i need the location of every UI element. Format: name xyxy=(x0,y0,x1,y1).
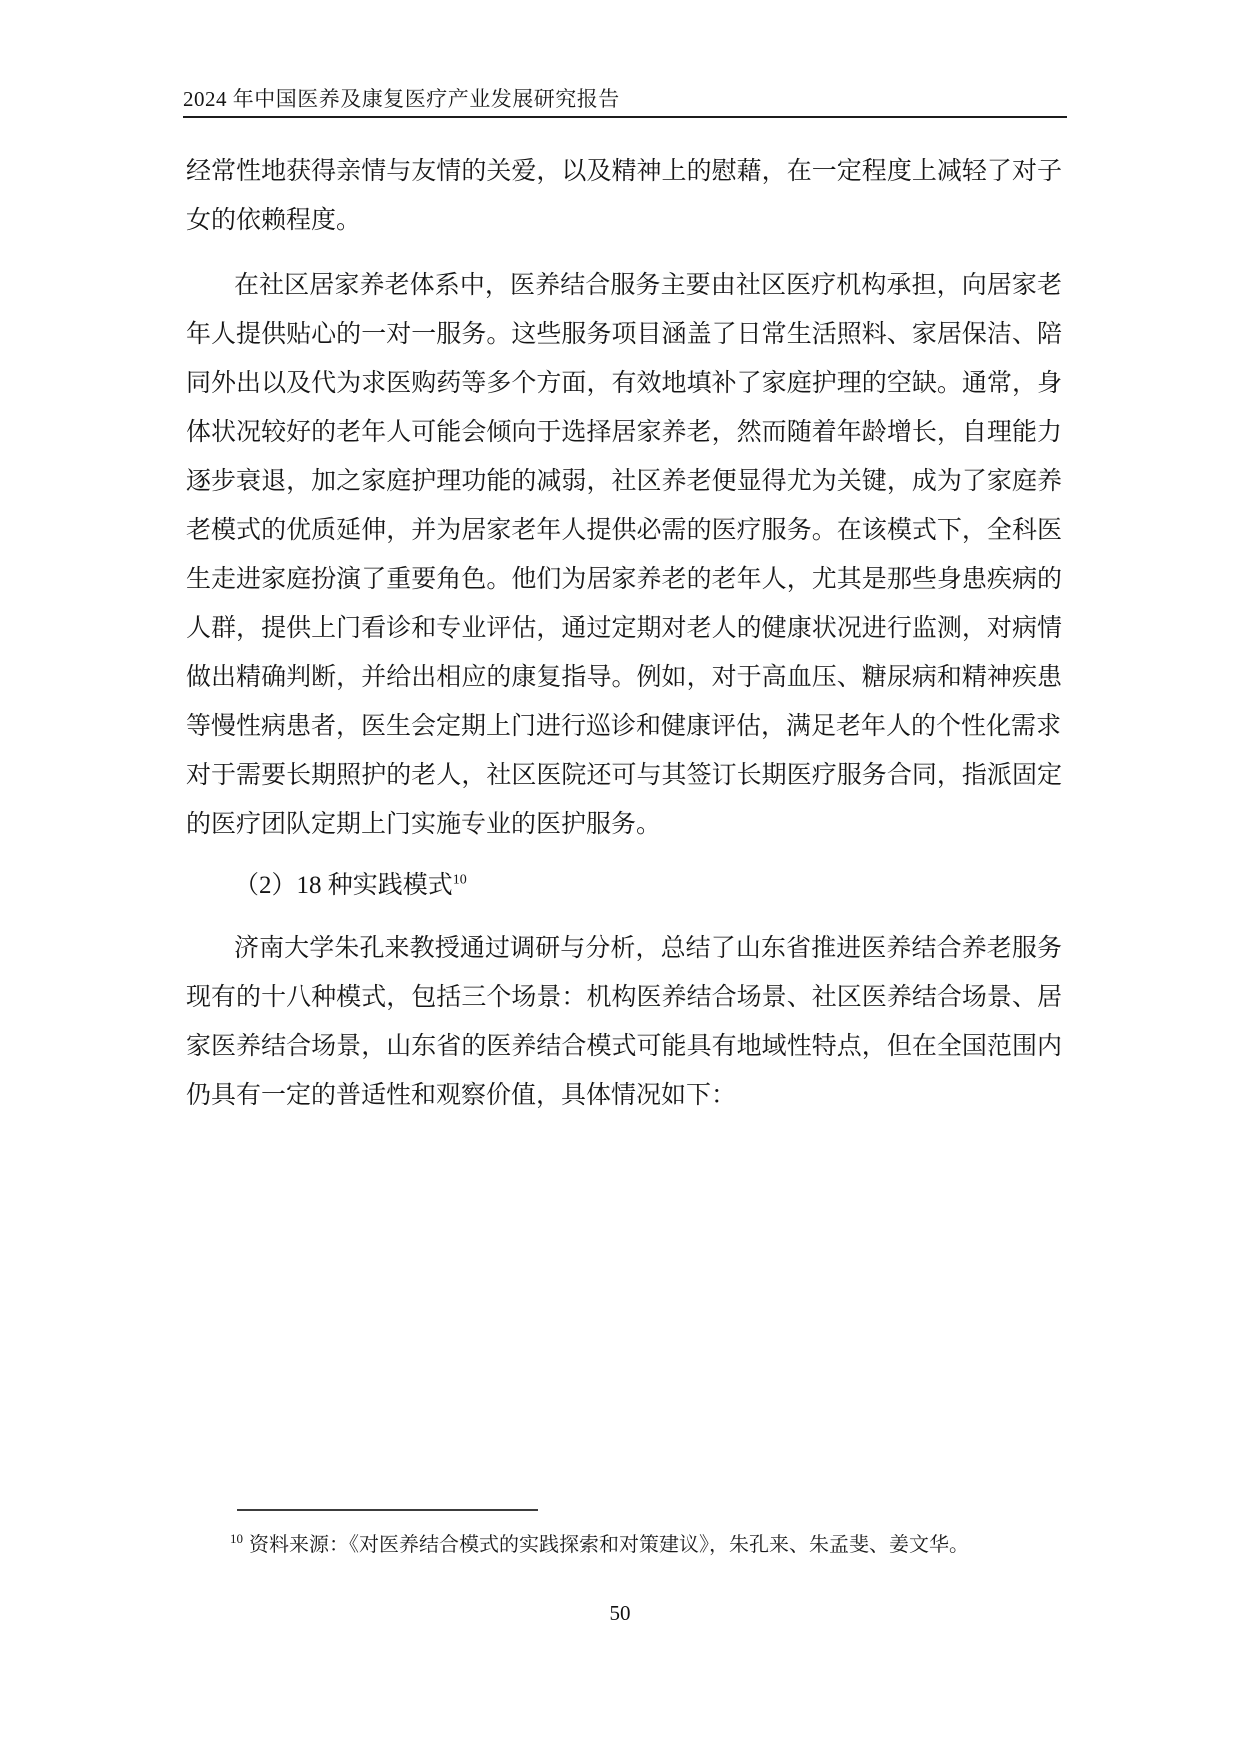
body-line: 的医疗团队定期上门实施专业的医护服务。 xyxy=(186,800,1062,849)
body-line: 家医养结合场景，山东省的医养结合模式可能具有地域性特点，但在全国范围内 xyxy=(186,1022,1062,1071)
footnote-text: 资料来源：《对医养结合模式的实践探索和对策建议》，朱孔来、朱孟斐、姜文华。 xyxy=(249,1534,969,1556)
body-line: 仍具有一定的普适性和观察价值，具体情况如下： xyxy=(186,1071,1062,1120)
body-line: 体状况较好的老年人可能会倾向于选择居家养老，然而随着年龄增长，自理能力 xyxy=(186,408,1062,457)
footnote-separator xyxy=(237,1509,538,1511)
header-rule xyxy=(183,116,1067,118)
section-heading: （2）18 种实践模式10 xyxy=(186,861,1062,910)
page-body: 经常性地获得亲情与友情的关爱，以及精神上的慰藉，在一定程度上减轻了对子 女的依赖… xyxy=(186,147,1062,1120)
footnote-ref: 10 xyxy=(453,873,467,888)
running-header: 2024 年中国医养及康复医疗产业发展研究报告 xyxy=(183,86,1067,118)
footnote-text-line: 10资料来源：《对医养结合模式的实践探索和对策建议》，朱孔来、朱孟斐、姜文华。 xyxy=(230,1532,1070,1558)
footnote-area: 10资料来源：《对医养结合模式的实践探索和对策建议》，朱孔来、朱孟斐、姜文华。 xyxy=(230,1509,1070,1558)
body-line: 做出精确判断，并给出相应的康复指导。例如，对于高血压、糖尿病和精神疾患 xyxy=(186,653,1062,702)
body-line: 女的依赖程度。 xyxy=(186,196,1062,245)
paragraph-1: 经常性地获得亲情与友情的关爱，以及精神上的慰藉，在一定程度上减轻了对子 女的依赖… xyxy=(186,147,1062,245)
body-line: 现有的十八种模式，包括三个场景：机构医养结合场景、社区医养结合场景、居 xyxy=(186,973,1062,1022)
body-line: 济南大学朱孔来教授通过调研与分析，总结了山东省推进医养结合养老服务 xyxy=(186,924,1062,973)
body-line: 在社区居家养老体系中，医养结合服务主要由社区医疗机构承担，向居家老 xyxy=(186,261,1062,310)
paragraph-3: 济南大学朱孔来教授通过调研与分析，总结了山东省推进医养结合养老服务 现有的十八种… xyxy=(186,924,1062,1120)
section-heading-block: （2）18 种实践模式10 xyxy=(186,861,1062,910)
body-line: 经常性地获得亲情与友情的关爱，以及精神上的慰藉，在一定程度上减轻了对子 xyxy=(186,147,1062,196)
page-number: 50 xyxy=(0,1600,1240,1626)
footnote-marker: 10 xyxy=(230,1531,243,1546)
body-line: 老模式的优质延伸，并为居家老年人提供必需的医疗服务。在该模式下，全科医 xyxy=(186,506,1062,555)
body-line: 年人提供贴心的一对一服务。这些服务项目涵盖了日常生活照料、家居保洁、陪 xyxy=(186,310,1062,359)
body-line: 对于需要长期照护的老人，社区医院还可与其签订长期医疗服务合同，指派固定 xyxy=(186,751,1062,800)
paragraph-2: 在社区居家养老体系中，医养结合服务主要由社区医疗机构承担，向居家老 年人提供贴心… xyxy=(186,261,1062,849)
body-line: 逐步衰退，加之家庭护理功能的减弱，社区养老便显得尤为关键，成为了家庭养 xyxy=(186,457,1062,506)
body-line: 等慢性病患者，医生会定期上门进行巡诊和健康评估，满足老年人的个性化需求。 xyxy=(186,702,1062,751)
body-line: 生走进家庭扮演了重要角色。他们为居家养老的老年人，尤其是那些身患疾病的 xyxy=(186,555,1062,604)
section-heading-text: （2）18 种实践模式 xyxy=(234,872,453,899)
running-header-title: 2024 年中国医养及康复医疗产业发展研究报告 xyxy=(183,86,1067,112)
body-line: 同外出以及代为求医购药等多个方面，有效地填补了家庭护理的空缺。通常，身 xyxy=(186,359,1062,408)
body-line: 人群，提供上门看诊和专业评估，通过定期对老人的健康状况进行监测，对病情 xyxy=(186,604,1062,653)
